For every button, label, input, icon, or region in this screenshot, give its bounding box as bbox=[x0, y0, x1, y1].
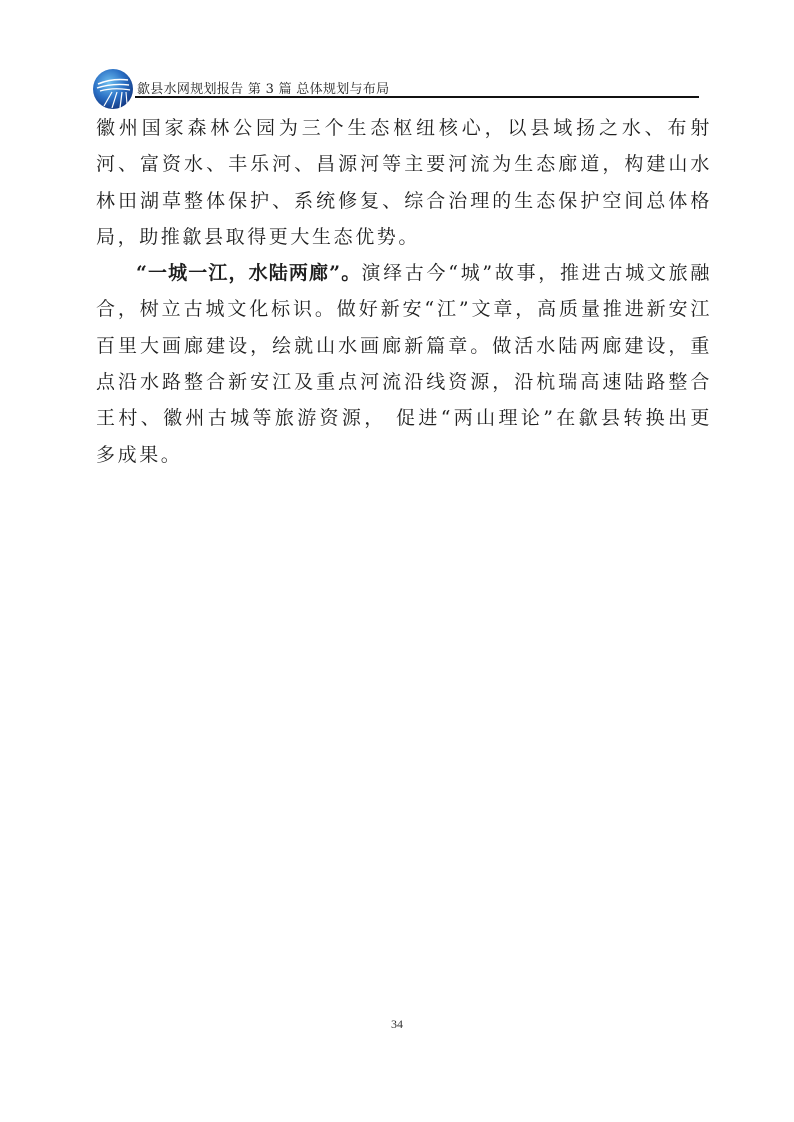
paragraph-ecology: 徽州国家森林公园为三个生态枢纽核心，以县域扬之水、布射河、富资水、丰乐河、昌源河… bbox=[96, 110, 712, 255]
page-number: 34 bbox=[0, 1017, 794, 1032]
header-title: 歙县水网规划报告 第 3 篇 总体规划与布局 bbox=[137, 78, 389, 97]
page-header: 歙县水网规划报告 第 3 篇 总体规划与布局 bbox=[92, 64, 702, 104]
paragraph-city-river: “一城一江，水陆两廊”。演绎古今“城”故事，推进古城文旅融合，树立古城文化标识。… bbox=[96, 255, 712, 473]
paragraph-heading: “一城一江，水陆两廊”。 bbox=[136, 262, 361, 284]
paragraph-text: 演绎古今“城”故事，推进古城文旅融合，树立古城文化标识。做好新安“江”文章，高质… bbox=[96, 262, 712, 465]
report-logo-icon bbox=[92, 68, 134, 110]
document-body: 徽州国家森林公园为三个生态枢纽核心，以县域扬之水、布射河、富资水、丰乐河、昌源河… bbox=[96, 110, 712, 473]
header-divider bbox=[135, 96, 699, 98]
